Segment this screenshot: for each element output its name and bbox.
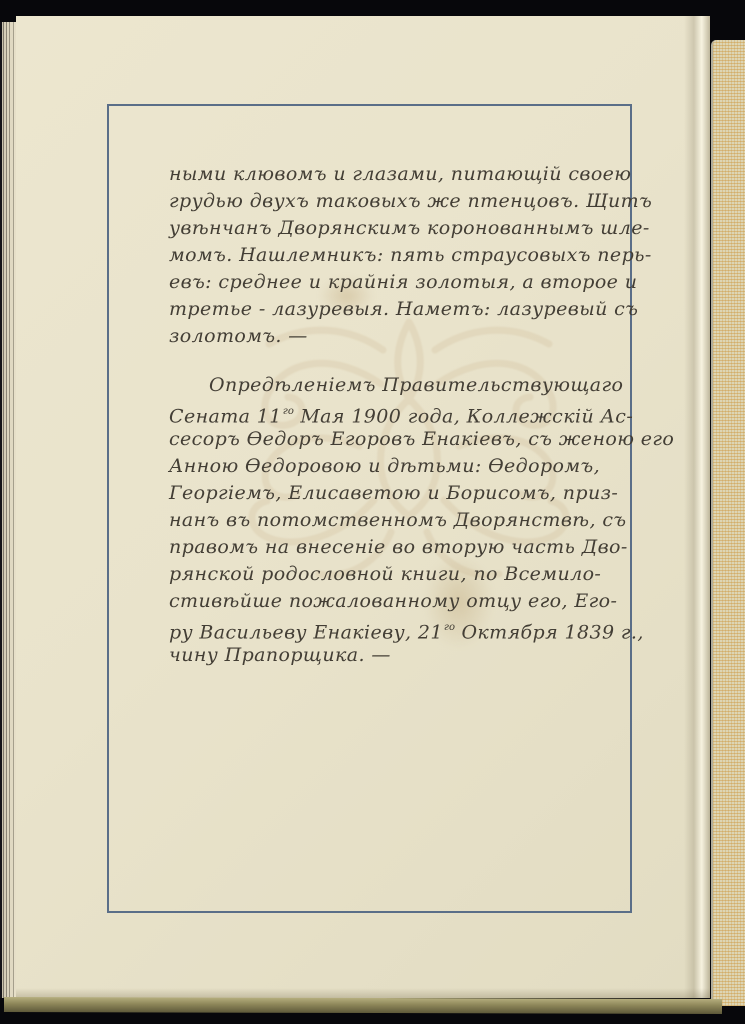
ordinal-superscript: го [283,406,294,417]
line-text: Октября 1839 г., [455,621,644,643]
ruled-border-frame: ными клювомъ и глазами, питающій своею г… [107,104,632,913]
manuscript-line: ру Васильеву Енакіеву, 21го Октября 1839… [169,615,599,642]
line-text: Мая 1900 года, Коллежскій Ас- [294,405,633,427]
ordinal-superscript: го [444,622,455,633]
book-photo: ными клювомъ и глазами, питающій своею г… [0,0,745,1024]
manuscript-line: грудью двухъ таковыхъ же птенцовъ. Щитъ [169,188,599,215]
manuscript-line: Георгіемъ, Елисаветою и Борисомъ, приз- [169,480,599,507]
manuscript-line: нанъ въ потомственномъ Дворянствѣ, съ [169,507,599,534]
manuscript-line: ными клювомъ и глазами, питающій своею [169,161,599,188]
fore-edge-cloth-texture [711,40,745,1006]
handwritten-text-block: ными клювомъ и глазами, питающій своею г… [169,161,599,669]
line-text: Сената 11 [169,405,282,427]
manuscript-line: момъ. Нашлемникъ: пять страусовыхъ перь- [169,242,599,269]
manuscript-line: рянской родословной книги, по Всемило- [169,561,599,588]
paragraph-senate-decree: Опредѣленіемъ Правительствующаго Сената … [169,372,599,669]
manuscript-line: увѣнчанъ Дворянскимъ коронованнымъ шле- [169,215,599,242]
manuscript-line: Сената 11го Мая 1900 года, Коллежскій Ас… [169,399,599,426]
page-curl-edge [684,16,710,998]
manuscript-line: стивѣйше пожалованному отцу его, Его- [169,588,599,615]
manuscript-line: сесоръ Ѳедоръ Егоровъ Енакіевъ, съ женою… [169,426,599,453]
manuscript-line: золотомъ. — [169,323,599,350]
left-page-stack-edges [0,22,17,998]
manuscript-line: Анною Ѳедоровою и дѣтьми: Ѳедоромъ, [169,453,599,480]
manuscript-line: евъ: среднее и крайнія золотыя, а второе… [169,269,599,296]
manuscript-line: Опредѣленіемъ Правительствующаго [169,372,599,399]
manuscript-line: чину Прапорщика. — [169,642,599,669]
paragraph-blazon-continuation: ными клювомъ и глазами, питающій своею г… [169,161,599,350]
gilt-bottom-edge [4,997,722,1014]
line-text: ру Васильеву Енакіеву, 21 [169,621,443,643]
manuscript-line: третье - лазуревыя. Наметъ: лазуревый съ [169,296,599,323]
book-page: ными клювомъ и глазами, питающій своею г… [16,16,710,998]
manuscript-line: правомъ на внесеніе во вторую часть Дво- [169,534,599,561]
